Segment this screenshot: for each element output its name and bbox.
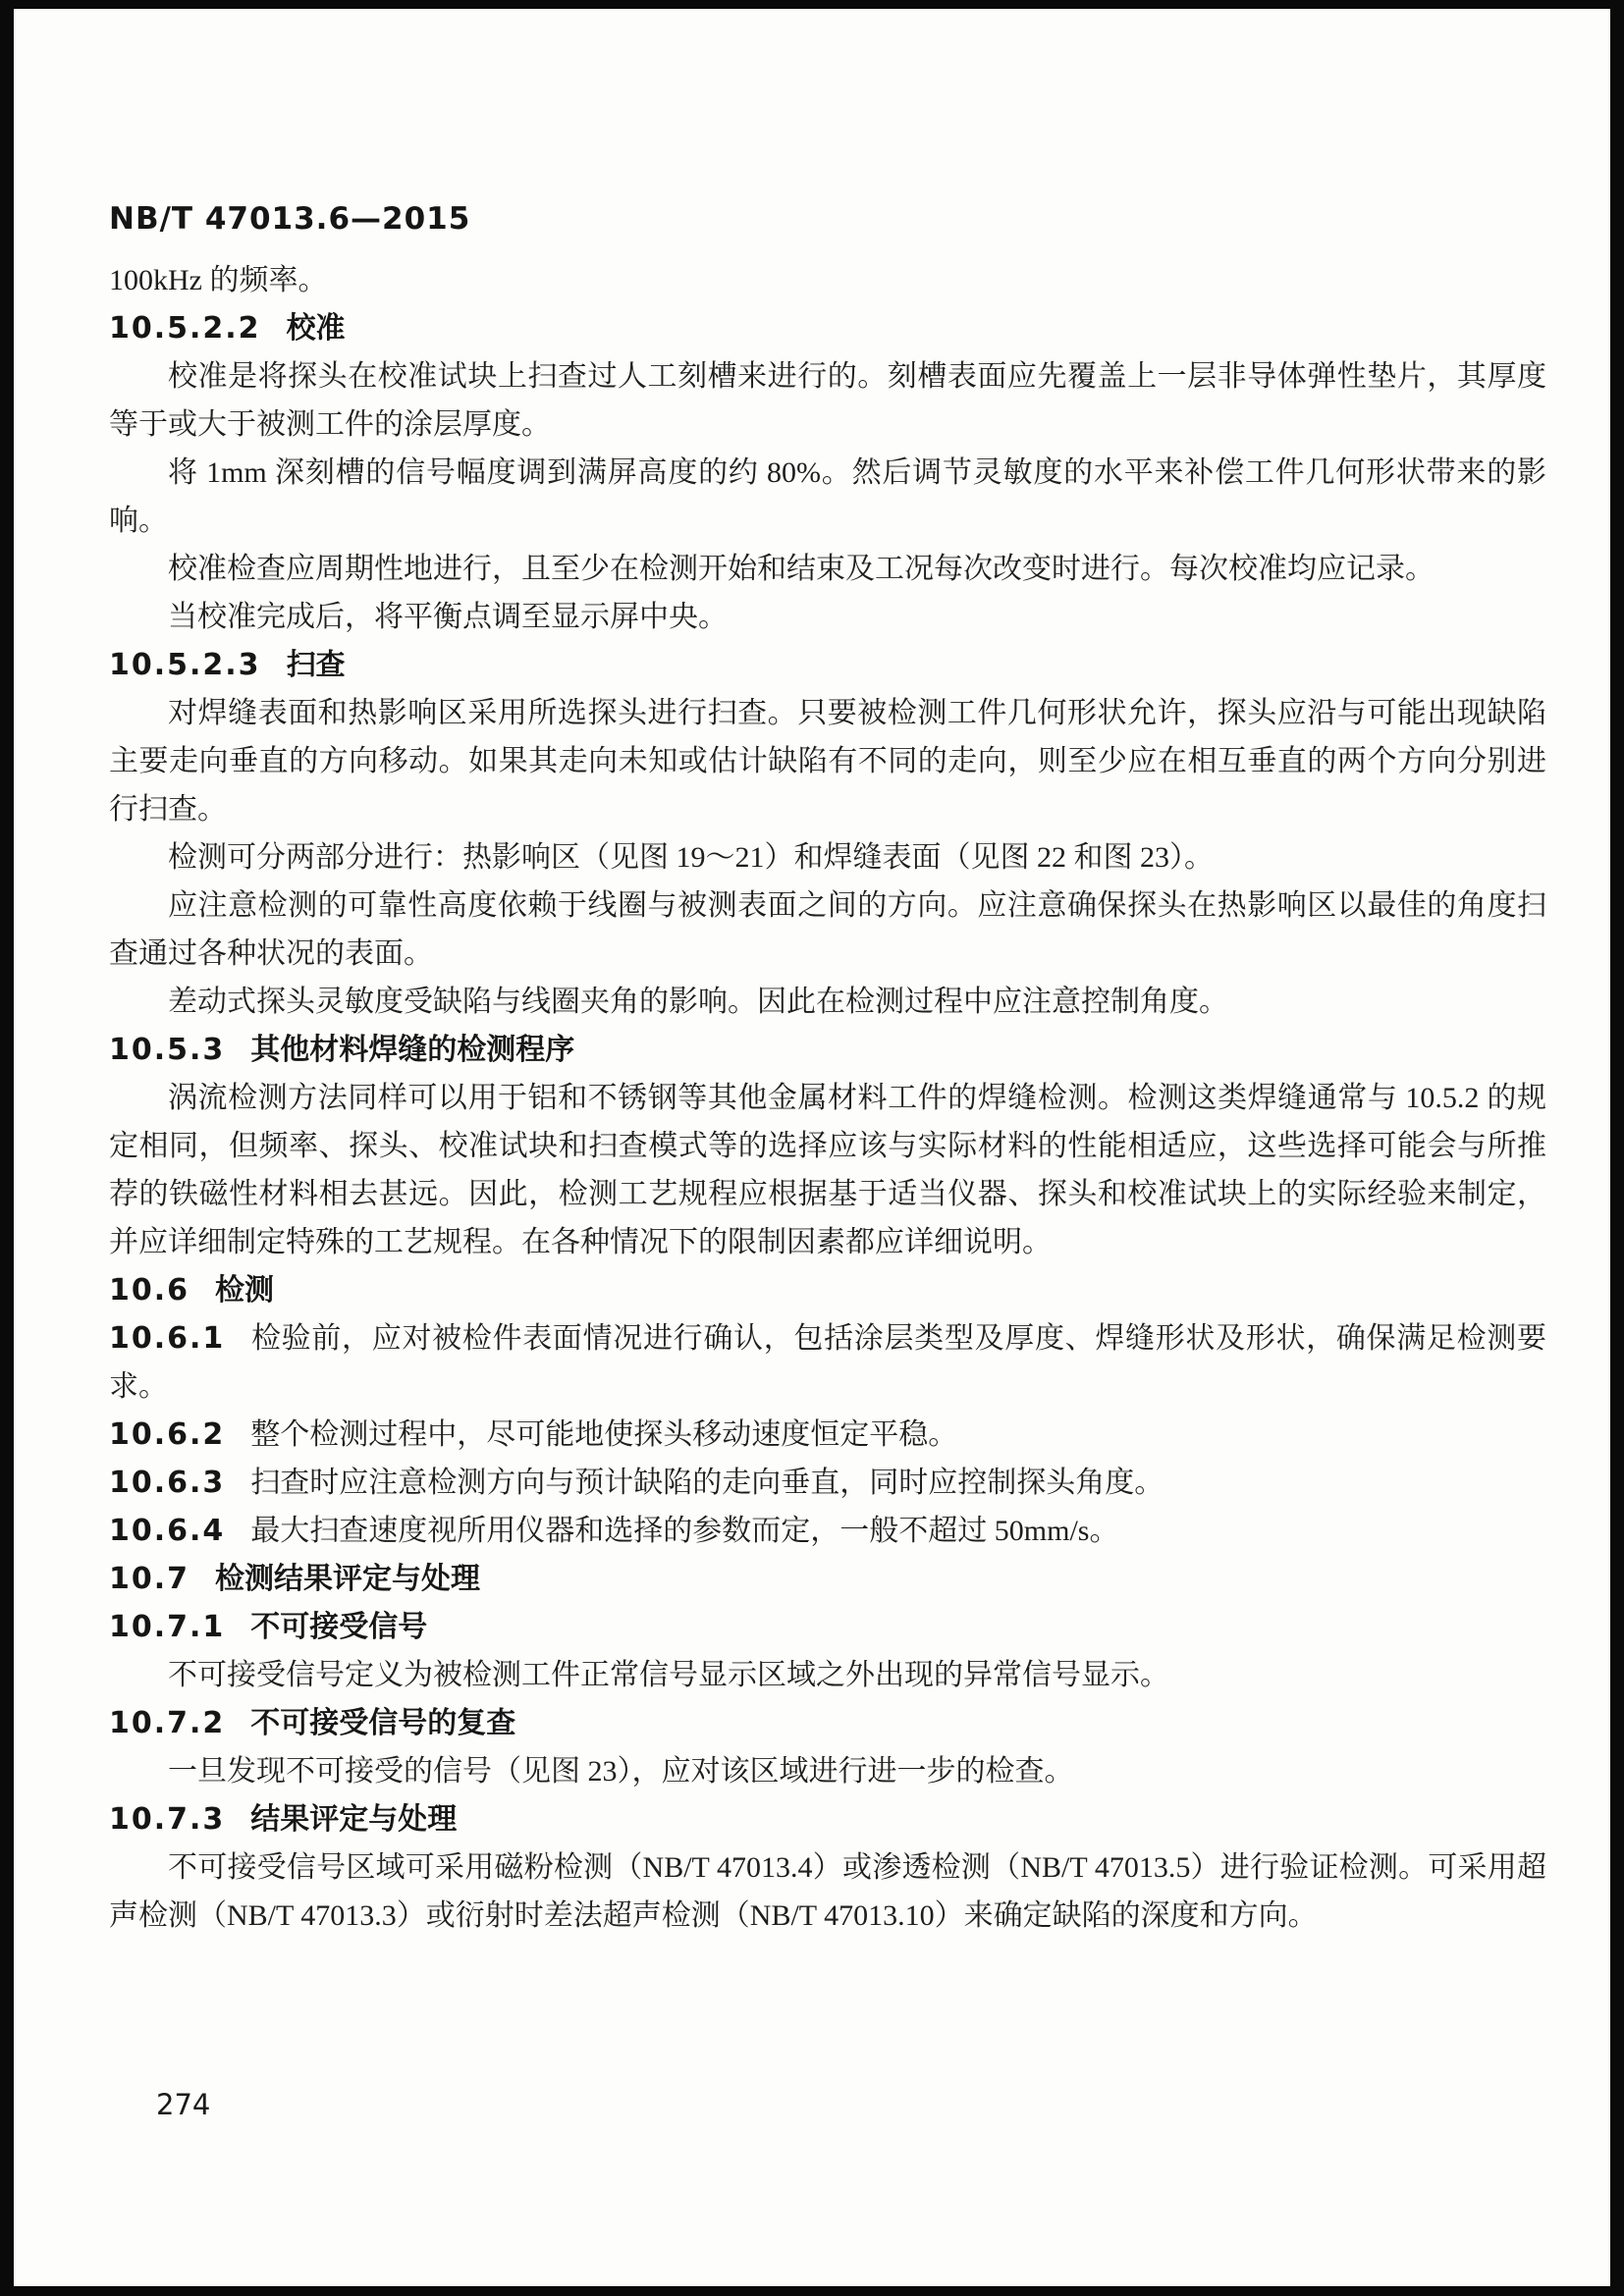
clause-number: 10.5.2.2 bbox=[109, 311, 261, 346]
document-body: 100kHz 的频率。10.5.2.2校准校准是将探头在校准试块上扫查过人工刻槽… bbox=[109, 256, 1546, 1940]
clause-title: 不可接受信号的复查 bbox=[250, 1706, 515, 1740]
paragraph: 差动式探头灵敏度受缺陷与线圈夹角的影响。因此在检测过程中应注意控制角度。 bbox=[109, 978, 1546, 1026]
paragraph: 100kHz 的频率。 bbox=[109, 256, 1546, 304]
clause-number: 10.6.1 bbox=[109, 1321, 225, 1356]
section-heading: 10.7.3结果评定与处理 bbox=[109, 1795, 1546, 1843]
document-page: NB/T 47013.6—2015 100kHz 的频率。10.5.2.2校准校… bbox=[0, 0, 1624, 2296]
clause-number: 10.6.2 bbox=[109, 1417, 225, 1452]
standard-number-header: NB/T 47013.6—2015 bbox=[109, 201, 470, 237]
page-number: 274 bbox=[156, 2088, 210, 2121]
clause-number: 10.7.3 bbox=[109, 1802, 225, 1837]
numbered-clause: 10.6.3扫查时应注意检测方向与预计缺陷的走向垂直，同时应控制探头角度。 bbox=[109, 1459, 1546, 1507]
clause-number: 10.6.4 bbox=[109, 1514, 225, 1548]
numbered-clause: 10.6.1检验前，应对被检件表面情况进行确认，包括涂层类型及厚度、焊缝形状及形… bbox=[109, 1314, 1546, 1411]
clause-title: 检测结果评定与处理 bbox=[215, 1562, 480, 1596]
clause-number: 10.5.2.3 bbox=[109, 648, 261, 682]
clause-text: 整个检测过程中，尽可能地使探头移动速度恒定平稳。 bbox=[250, 1418, 957, 1451]
paragraph: 将 1mm 深刻槽的信号幅度调到满屏高度的约 80%。然后调节灵敏度的水平来补偿… bbox=[109, 449, 1546, 545]
numbered-clause: 10.6.2整个检测过程中，尽可能地使探头移动速度恒定平稳。 bbox=[109, 1411, 1546, 1459]
clause-text: 扫查时应注意检测方向与预计缺陷的走向垂直，同时应控制探头角度。 bbox=[250, 1467, 1164, 1499]
section-heading: 10.7.1不可接受信号 bbox=[109, 1603, 1546, 1651]
section-heading: 10.5.3其他材料焊缝的检测程序 bbox=[109, 1026, 1546, 1074]
section-heading: 10.6检测 bbox=[109, 1266, 1546, 1314]
clause-number: 10.6.3 bbox=[109, 1466, 225, 1500]
paragraph: 当校准完成后，将平衡点调至显示屏中央。 bbox=[109, 593, 1546, 641]
clause-title: 不可接受信号 bbox=[250, 1610, 427, 1644]
clause-number: 10.7.2 bbox=[109, 1706, 225, 1740]
clause-title: 结果评定与处理 bbox=[250, 1802, 457, 1837]
numbered-clause: 10.6.4最大扫查速度视所用仪器和选择的参数而定，一般不超过 50mm/s。 bbox=[109, 1507, 1546, 1555]
paragraph: 对焊缝表面和热影响区采用所选探头进行扫查。只要被检测工件几何形状允许，探头应沿与… bbox=[109, 689, 1546, 833]
clause-text: 最大扫查速度视所用仪器和选择的参数而定，一般不超过 50mm/s。 bbox=[250, 1515, 1118, 1547]
paragraph: 检测可分两部分进行：热影响区（见图 19～21）和焊缝表面（见图 22 和图 2… bbox=[109, 833, 1546, 881]
section-heading: 10.7.2不可接受信号的复查 bbox=[109, 1699, 1546, 1747]
paragraph: 涡流检测方法同样可以用于铝和不锈钢等其他金属材料工件的焊缝检测。检测这类焊缝通常… bbox=[109, 1074, 1546, 1266]
paragraph: 不可接受信号区域可采用磁粉检测（NB/T 47013.4）或渗透检测（NB/T … bbox=[109, 1843, 1546, 1940]
clause-title: 检测 bbox=[215, 1273, 274, 1308]
paragraph: 不可接受信号定义为被检测工件正常信号显示区域之外出现的异常信号显示。 bbox=[109, 1651, 1546, 1699]
section-heading: 10.5.2.2校准 bbox=[109, 304, 1546, 352]
clause-number: 10.6 bbox=[109, 1273, 189, 1308]
paragraph: 一旦发现不可接受的信号（见图 23），应对该区域进行进一步的检查。 bbox=[109, 1747, 1546, 1795]
clause-number: 10.5.3 bbox=[109, 1033, 225, 1067]
section-heading: 10.7检测结果评定与处理 bbox=[109, 1555, 1546, 1603]
clause-number: 10.7.1 bbox=[109, 1610, 225, 1644]
clause-number: 10.7 bbox=[109, 1562, 189, 1596]
clause-text: 检验前，应对被检件表面情况进行确认，包括涂层类型及厚度、焊缝形状及形状，确保满足… bbox=[109, 1322, 1546, 1403]
paragraph: 应注意检测的可靠性高度依赖于线圈与被测表面之间的方向。应注意确保探头在热影响区以… bbox=[109, 881, 1546, 978]
clause-title: 其他材料焊缝的检测程序 bbox=[250, 1033, 574, 1067]
paragraph: 校准是将探头在校准试块上扫查过人工刻槽来进行的。刻槽表面应先覆盖上一层非导体弹性… bbox=[109, 352, 1546, 449]
clause-title: 扫查 bbox=[287, 648, 346, 682]
section-heading: 10.5.2.3扫查 bbox=[109, 641, 1546, 689]
paragraph: 校准检查应周期性地进行，且至少在检测开始和结束及工况每次改变时进行。每次校准均应… bbox=[109, 545, 1546, 593]
clause-title: 校准 bbox=[287, 311, 346, 346]
